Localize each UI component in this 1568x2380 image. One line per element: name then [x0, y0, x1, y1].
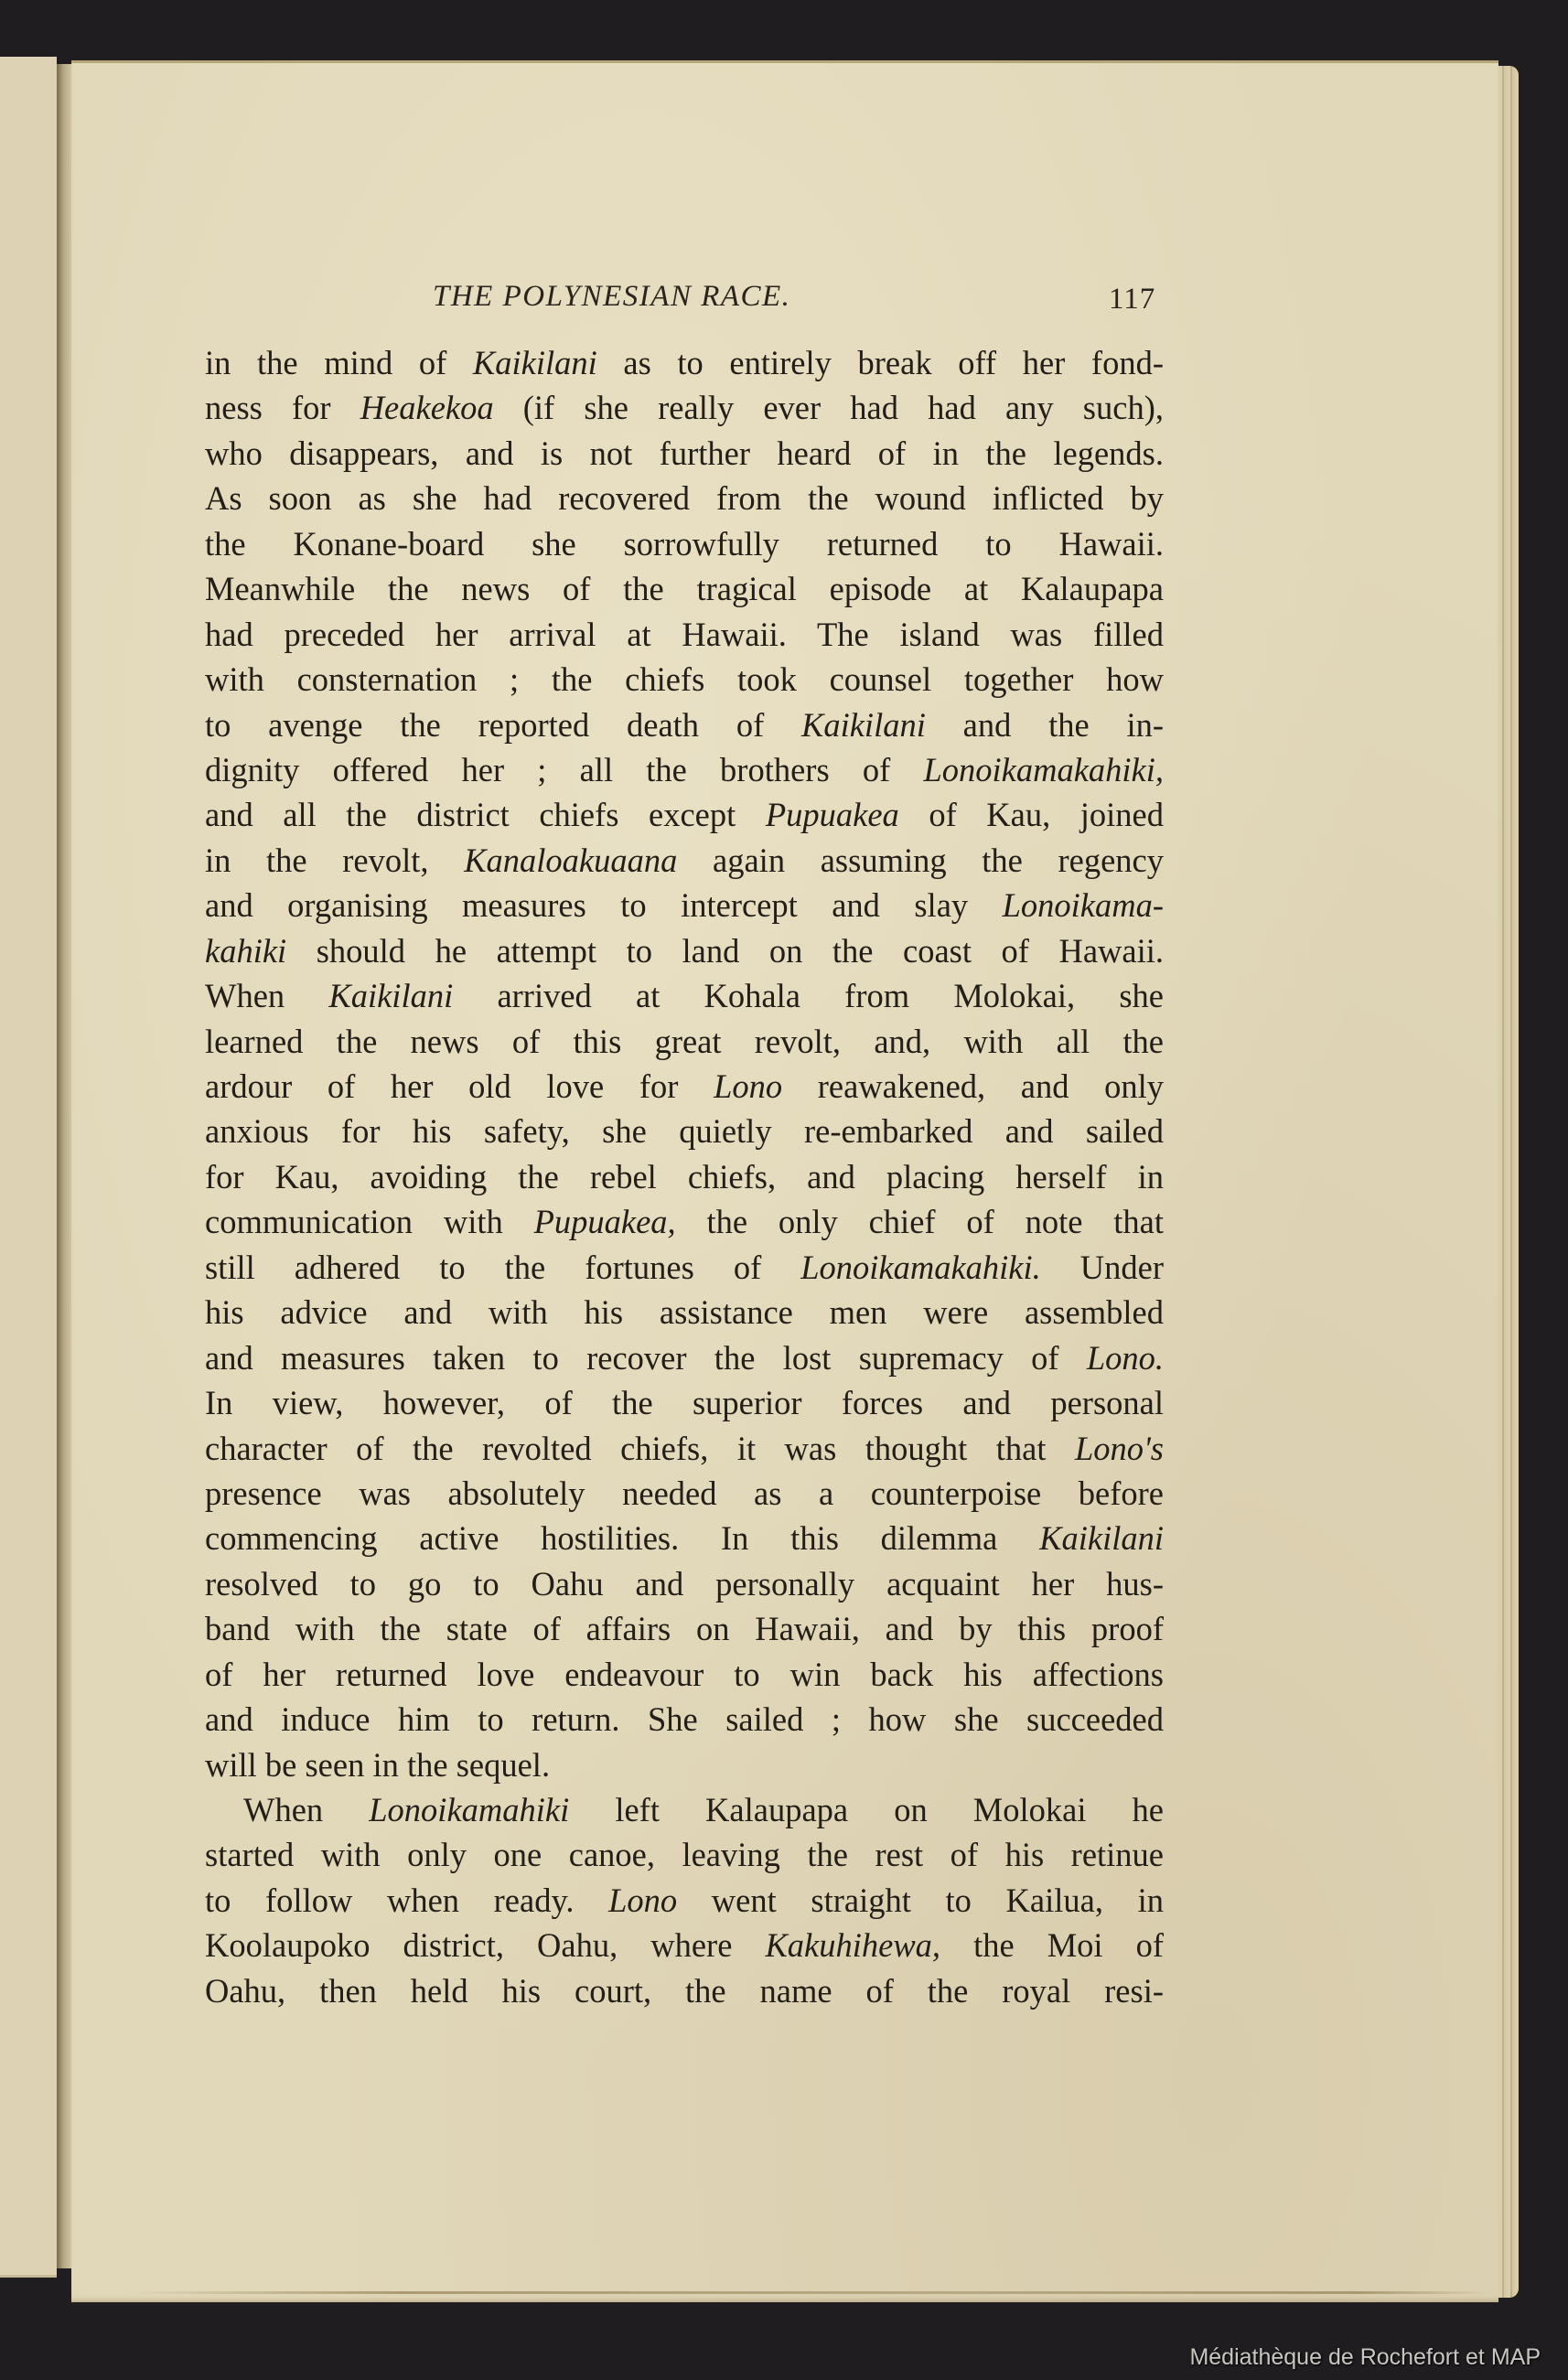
text-segment: and organising measures to intercept and…: [205, 886, 1003, 924]
text-segment: anxious for his safety, she quietly re-e…: [205, 1112, 1164, 1150]
italic-name: Lono: [714, 1067, 782, 1105]
italic-name: Kaikilani: [1039, 1519, 1164, 1557]
text-line: and measures taken to recover the lost s…: [205, 1335, 1164, 1380]
text-line: ardour of her old love for Lono reawaken…: [205, 1064, 1164, 1109]
italic-name: Kaikilani: [473, 344, 597, 381]
text-segment: and measures taken to recover the lost s…: [205, 1339, 1087, 1377]
text-line: kahiki should he attempt to land on the …: [205, 928, 1164, 973]
italic-name: Lono's: [1075, 1430, 1164, 1467]
text-line: dignity offered her ; all the brothers o…: [205, 747, 1164, 792]
page-stack-edges: [1498, 66, 1519, 2298]
text-segment: who disappears, and is not further heard…: [205, 434, 1164, 472]
text-segment: Oahu, then held his court, the name of t…: [205, 1972, 1164, 2010]
text-segment: When: [243, 1791, 369, 1828]
text-line: Koolaupoko district, Oahu, where Kakuhih…: [205, 1923, 1164, 1967]
text-segment: and induce him to return. She sailed ; h…: [205, 1700, 1164, 1738]
text-line: In view, however, of the superior forces…: [205, 1380, 1164, 1425]
italic-name: Lonoikamakahiki.: [800, 1249, 1041, 1286]
text-line: in the mind of Kaikilani as to entirely …: [205, 340, 1164, 385]
italic-name: Lono.: [1087, 1339, 1164, 1377]
text-segment: to avenge the reported death of: [205, 706, 801, 744]
text-segment: to follow when ready.: [205, 1881, 608, 1919]
text-line: in the revolt, Kanaloakuaana again assum…: [205, 838, 1164, 883]
text-segment: in the mind of: [205, 344, 473, 381]
text-segment: the Konane-board she sorrowfully returne…: [205, 525, 1164, 563]
text-segment: resolved to go to Oahu and personally ac…: [205, 1565, 1164, 1603]
italic-name: kahiki: [205, 932, 286, 970]
text-line: learned the news of this great revolt, a…: [205, 1019, 1164, 1064]
italic-name: Lono: [608, 1881, 677, 1919]
italic-name: Pupuakea,: [534, 1203, 676, 1240]
italic-name: Lonoikama-: [1003, 886, 1164, 924]
text-segment: of Kau, joined: [899, 796, 1164, 833]
text-line: his advice and with his assistance men w…: [205, 1290, 1164, 1335]
italic-name: Kaikilani: [801, 706, 926, 744]
text-segment: learned the news of this great revolt, a…: [205, 1023, 1164, 1060]
text-line: of her returned love endeavour to win ba…: [205, 1652, 1164, 1697]
text-line: resolved to go to Oahu and personally ac…: [205, 1561, 1164, 1606]
text-segment: in the revolt,: [205, 842, 464, 879]
text-line: Oahu, then held his court, the name of t…: [205, 1968, 1164, 2013]
italic-name: Heakekoa: [360, 389, 494, 426]
text-segment: for Kau, avoiding the rebel chiefs, and …: [205, 1158, 1164, 1195]
text-segment: should he attempt to land on the coast o…: [286, 932, 1164, 970]
previous-page-edge: [0, 57, 57, 2278]
text-line: presence was absolutely needed as a coun…: [205, 1471, 1164, 1516]
text-segment: again assuming the regency: [677, 842, 1164, 879]
text-segment: as to entirely break off her fond-: [597, 344, 1164, 381]
text-segment: went straight to Kailua, in: [677, 1881, 1164, 1919]
text-line: Meanwhile the news of the tragical episo…: [205, 566, 1164, 611]
text-line: started with only one canoe, leaving the…: [205, 1832, 1164, 1877]
text-segment: ardour of her old love for: [205, 1067, 714, 1105]
text-line: the Konane-board she sorrowfully returne…: [205, 521, 1164, 566]
italic-name: Lonoikamahiki: [369, 1791, 569, 1828]
text-line: anxious for his safety, she quietly re-e…: [205, 1109, 1164, 1153]
text-segment: and all the district chiefs except: [205, 796, 766, 833]
watermark-credit: Médiathèque de Rochefort et MAP: [1189, 2344, 1541, 2371]
text-segment: the only chief of note that: [676, 1203, 1164, 1240]
text-line: to follow when ready. Lono went straight…: [205, 1878, 1164, 1923]
italic-name: Pupuakea: [766, 796, 899, 833]
text-line: and organising measures to intercept and…: [205, 883, 1164, 927]
text-segment: Koolaupoko district, Oahu, where: [205, 1926, 765, 1964]
text-segment: and the in-: [926, 706, 1164, 744]
text-line: commencing active hostilities. In this d…: [205, 1516, 1164, 1560]
italic-name: Lonoikamakahiki,: [923, 751, 1164, 788]
page-bottom-stain: [128, 2291, 1491, 2294]
text-segment: presence was absolutely needed as a coun…: [205, 1474, 1164, 1512]
italic-name: Kanaloakuaana: [464, 842, 677, 879]
text-line: had preceded her arrival at Hawaii. The …: [205, 612, 1164, 657]
text-line: band with the state of affairs on Hawaii…: [205, 1606, 1164, 1651]
text-line: communication with Pupuakea, the only ch…: [205, 1199, 1164, 1244]
text-line: who disappears, and is not further heard…: [205, 431, 1164, 476]
text-segment: (if she really ever had had any such),: [494, 389, 1164, 426]
text-line: for Kau, avoiding the rebel chiefs, and …: [205, 1154, 1164, 1199]
text-segment: commencing active hostilities. In this d…: [205, 1519, 1039, 1557]
text-segment: Meanwhile the news of the tragical episo…: [205, 570, 1164, 607]
text-line: character of the revolted chiefs, it was…: [205, 1426, 1164, 1471]
page-number: 117: [1109, 283, 1155, 316]
text-segment: started with only one canoe, leaving the…: [205, 1836, 1164, 1873]
text-line: ness for Heakekoa (if she really ever ha…: [205, 385, 1164, 430]
text-segment: band with the state of affairs on Hawaii…: [205, 1610, 1164, 1647]
text-segment: ness for: [205, 389, 360, 426]
running-head: THE POLYNESIAN RACE.: [433, 280, 790, 314]
text-line: When Kaikilani arrived at Kohala from Mo…: [205, 973, 1164, 1018]
text-segment: reawakened, and only: [782, 1067, 1164, 1105]
text-line: and all the district chiefs except Pupua…: [205, 792, 1164, 837]
italic-name: Kaikilani: [328, 977, 453, 1014]
text-segment: communication with: [205, 1203, 534, 1240]
text-segment: character of the revolted chiefs, it was…: [205, 1430, 1075, 1467]
text-segment: will be seen in the sequel.: [205, 1746, 550, 1784]
text-segment: the Moi of: [940, 1926, 1164, 1964]
text-segment: had preceded her arrival at Hawaii. The …: [205, 616, 1164, 653]
text-segment: of her returned love endeavour to win ba…: [205, 1656, 1164, 1693]
text-segment: still adhered to the fortunes of: [205, 1249, 800, 1286]
body-text: in the mind of Kaikilani as to entirely …: [205, 340, 1164, 2013]
text-segment: Under: [1041, 1249, 1164, 1286]
text-line: with consternation ; the chiefs took cou…: [205, 657, 1164, 702]
text-line: will be seen in the sequel.: [205, 1742, 1164, 1787]
text-line: and induce him to return. She sailed ; h…: [205, 1697, 1164, 1742]
text-line: When Lonoikamahiki left Kalaupapa on Mol…: [205, 1787, 1164, 1832]
text-segment: his advice and with his assistance men w…: [205, 1293, 1164, 1331]
text-segment: In view, however, of the superior forces…: [205, 1384, 1164, 1421]
text-segment: arrived at Kohala from Molokai, she: [453, 977, 1164, 1014]
text-line: As soon as she had recovered from the wo…: [205, 476, 1164, 520]
text-line: to avenge the reported death of Kaikilan…: [205, 702, 1164, 747]
text-line: still adhered to the fortunes of Lonoika…: [205, 1245, 1164, 1290]
text-segment: with consternation ; the chiefs took cou…: [205, 660, 1164, 698]
text-segment: When: [205, 977, 328, 1014]
text-segment: As soon as she had recovered from the wo…: [205, 479, 1164, 517]
italic-name: Kakuhihewa,: [765, 1926, 940, 1964]
text-segment: dignity offered her ; all the brothers o…: [205, 751, 923, 788]
text-segment: left Kalaupapa on Molokai he: [569, 1791, 1164, 1828]
